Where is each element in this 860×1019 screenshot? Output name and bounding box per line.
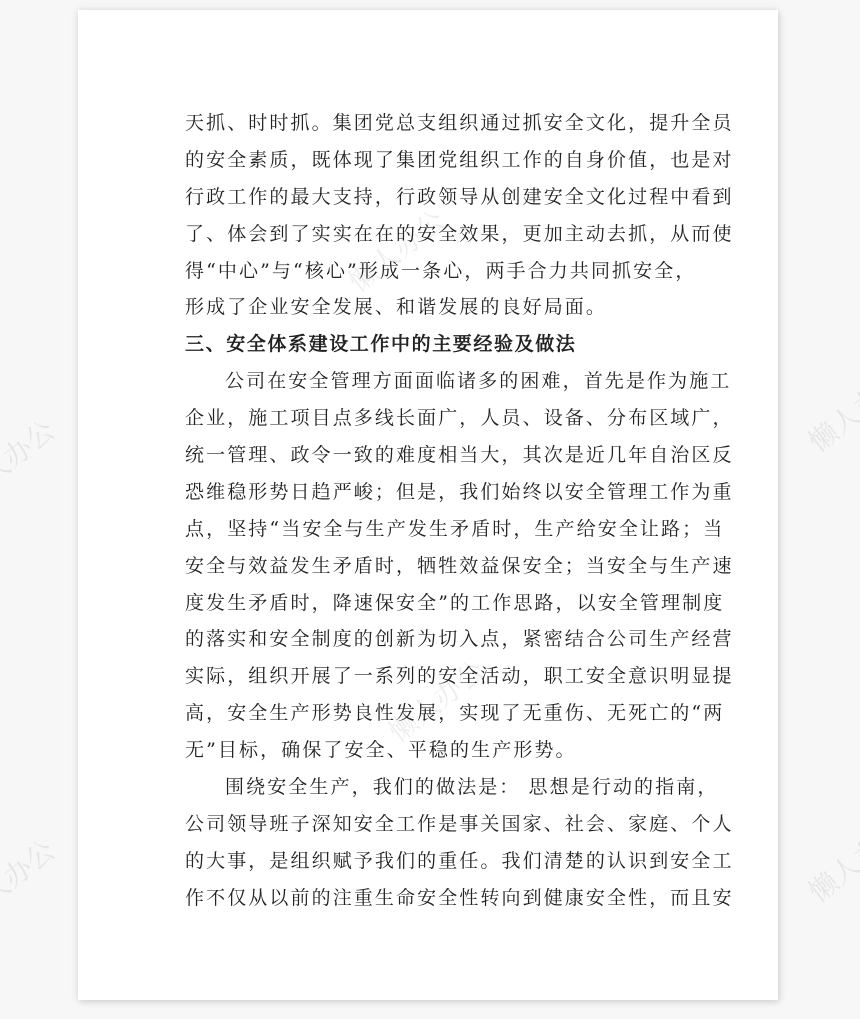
text-line: 公司领导班子深知安全工作是事关国家、社会、家庭、个人	[185, 806, 673, 843]
text-line: 围绕安全生产，我们的做法是： 思想是行动的指南，	[185, 769, 673, 806]
text-line: 统一管理、政令一致的难度相当大，其次是近几年自治区反	[185, 437, 673, 474]
text-line: 度发生矛盾时，降速保安全”的工作思路，以安全管理制度	[185, 585, 673, 622]
text-line: 的大事，是组织赋予我们的重任。我们清楚的认识到安全工	[185, 843, 673, 880]
text-line: 实际，组织开展了一系列的安全活动，职工安全意识明显提	[185, 658, 673, 695]
watermark: 懒人办公	[0, 830, 62, 930]
text-line: 天抓、时时抓。集团党总支组织通过抓安全文化，提升全员	[185, 105, 673, 142]
watermark: 懒人办公	[800, 360, 860, 460]
text-line: 形成了企业安全发展、和谐发展的良好局面。	[185, 289, 673, 326]
document-page: 天抓、时时抓。集团党总支组织通过抓安全文化，提升全员的安全素质，既体现了集团党组…	[78, 10, 778, 1000]
text-line: 点，坚持“当安全与生产发生矛盾时，生产给安全让路；当	[185, 511, 673, 548]
text-line: 恐维稳形势日趋严峻；但是，我们始终以安全管理工作为重	[185, 474, 673, 511]
text-line: 的落实和安全制度的创新为切入点，紧密结合公司生产经营	[185, 621, 673, 658]
watermark: 懒人办公	[800, 810, 860, 910]
document-body: 天抓、时时抓。集团党总支组织通过抓安全文化，提升全员的安全素质，既体现了集团党组…	[185, 105, 673, 917]
watermark: 懒人办公	[0, 410, 62, 510]
text-line: 的安全素质，既体现了集团党组织工作的自身价值，也是对	[185, 142, 673, 179]
text-line: 作不仅从以前的注重生命安全性转向到健康安全性，而且安	[185, 880, 673, 917]
text-line: 高，安全生产形势良性发展，实现了无重伤、无死亡的“两	[185, 695, 673, 732]
text-line: 无”目标，确保了安全、平稳的生产形势。	[185, 732, 673, 769]
text-line: 行政工作的最大支持，行政领导从创建安全文化过程中看到	[185, 179, 673, 216]
text-line: 公司在安全管理方面面临诸多的困难，首先是作为施工	[185, 363, 673, 400]
text-line: 企业，施工项目点多线长面广，人员、设备、分布区域广，	[185, 400, 673, 437]
text-line: 得“中心”与“核心”形成一条心，两手合力共同抓安全，	[185, 253, 673, 290]
text-line: 了、体会到了实实在在的安全效果，更加主动去抓，从而使	[185, 216, 673, 253]
text-line: 安全与效益发生矛盾时，牺牲效益保安全；当安全与生产速	[185, 548, 673, 585]
section-heading: 三、安全体系建设工作中的主要经验及做法	[185, 326, 673, 363]
